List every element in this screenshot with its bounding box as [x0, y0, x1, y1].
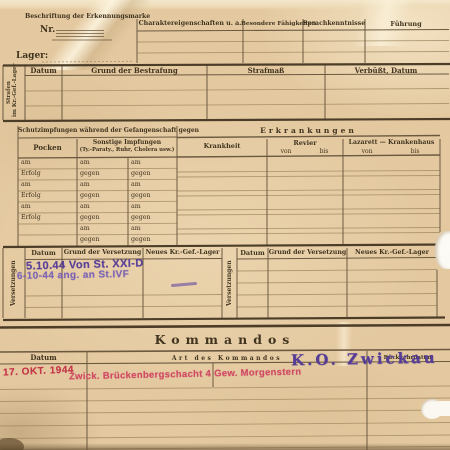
vaccination-cell: gegen: [131, 237, 175, 244]
column-header-abilities: Besondere Fähigkeiten: [241, 21, 305, 27]
work-details-header-date: Datum: [0, 354, 87, 362]
transfer-stamp-arrived: 6-10-44 ang. an St.IVF: [17, 269, 129, 282]
vaccination-cell: gegen: [80, 171, 126, 178]
transfers-right-side-label: Versetzungen: [226, 260, 233, 306]
transfers-left-header-newcamp: Neues Kr.-Gef.-Lager: [143, 250, 222, 257]
vaccination-cell: Erfolg: [21, 193, 75, 200]
vaccination-cell: am: [21, 182, 75, 189]
transfers-left-header-reason: Grund der Versetzung: [62, 250, 143, 257]
transfers-left-header-date: Datum: [25, 250, 62, 257]
vaccinations-header-other-line1: Sonstige Impfungen: [77, 140, 177, 147]
transfers-left-side-label: Versetzungen: [10, 260, 17, 306]
vaccination-cell: am: [80, 226, 126, 233]
bottom-edge-shadow: [0, 443, 450, 450]
vaccination-cell: am: [131, 160, 175, 167]
column-header-languages: Sprachkenntnisse: [303, 21, 365, 28]
vaccination-cell: am: [131, 182, 175, 189]
vaccination-cell: Erfolg: [21, 215, 75, 222]
punishments-side-label-line2: im Kr.-Gef.-Lager: [12, 64, 18, 117]
vaccination-cell: am: [21, 160, 75, 167]
vaccination-cell: gegen: [131, 171, 175, 178]
vaccination-cell: am: [21, 204, 75, 211]
punishments-header-date: Datum: [25, 67, 62, 75]
id-tag-number-label: Nr.: [40, 26, 55, 36]
torn-edge: [443, 238, 450, 252]
vaccinations-header-other-line2: (Ty.-Paraty., Ruhr, Cholera usw.): [77, 148, 177, 154]
column-header-conduct: Führung: [365, 21, 447, 28]
work-details-title: Kommandos: [0, 333, 450, 347]
vaccination-cell: gegen: [80, 215, 126, 222]
vaccinations-title: Schutzimpfungen während der Gefangenscha…: [18, 128, 177, 135]
transfers-right-header-newcamp: Neues Kr.-Gef.-Lager: [347, 250, 437, 257]
illnesses-hospital-from: von: [343, 149, 391, 156]
transfers-right-header-reason: Grund der Versetzung: [268, 250, 347, 257]
illnesses-hospital-to: bis: [391, 149, 439, 156]
illnesses-header-illness: Krankheit: [177, 143, 267, 150]
illnesses-header-hospital: Lazarett — Krankenhaus: [343, 140, 440, 147]
vaccination-cell: am: [80, 204, 126, 211]
camp-label: Lager:: [16, 52, 48, 62]
illnesses-sickbay-to: bis: [305, 149, 343, 156]
punishments-header-served: Verbüßt, Datum: [325, 67, 447, 75]
id-tag-inscription-label: Beschriftung der Erkennungsmarke: [25, 14, 130, 21]
illnesses-header-sickbay: Revier: [267, 140, 343, 147]
vaccination-cell: am: [131, 204, 175, 211]
punishments-header-reason: Grund der Bestrafung: [62, 67, 207, 75]
control-office-stamp: K.O. Zwickau: [291, 349, 438, 370]
vaccination-cell: gegen: [131, 193, 175, 200]
illnesses-sickbay-from: von: [267, 149, 305, 156]
vaccination-cell: gegen: [80, 237, 126, 244]
punishments-header-sentence: Strafmaß: [207, 67, 325, 75]
vaccination-cell: am: [80, 182, 126, 189]
vaccination-cell: am: [131, 226, 175, 233]
transfers-right-header-date: Datum: [237, 250, 268, 257]
vaccination-cell: gegen: [131, 215, 175, 222]
pow-record-card-back: Beschriftung der Erkennungsmarke Nr. Lag…: [0, 0, 450, 450]
vaccination-cell: gegen: [80, 193, 126, 200]
column-header-character: Charaktereigenschaften u. a.: [137, 21, 243, 28]
vaccinations-header-smallpox: Pocken: [18, 144, 77, 152]
illnesses-title: Erkrankungen: [177, 127, 440, 135]
punch-hole-tear: [434, 401, 450, 416]
vaccination-cell: Erfolg: [21, 171, 75, 178]
vaccination-cell: am: [80, 160, 126, 167]
